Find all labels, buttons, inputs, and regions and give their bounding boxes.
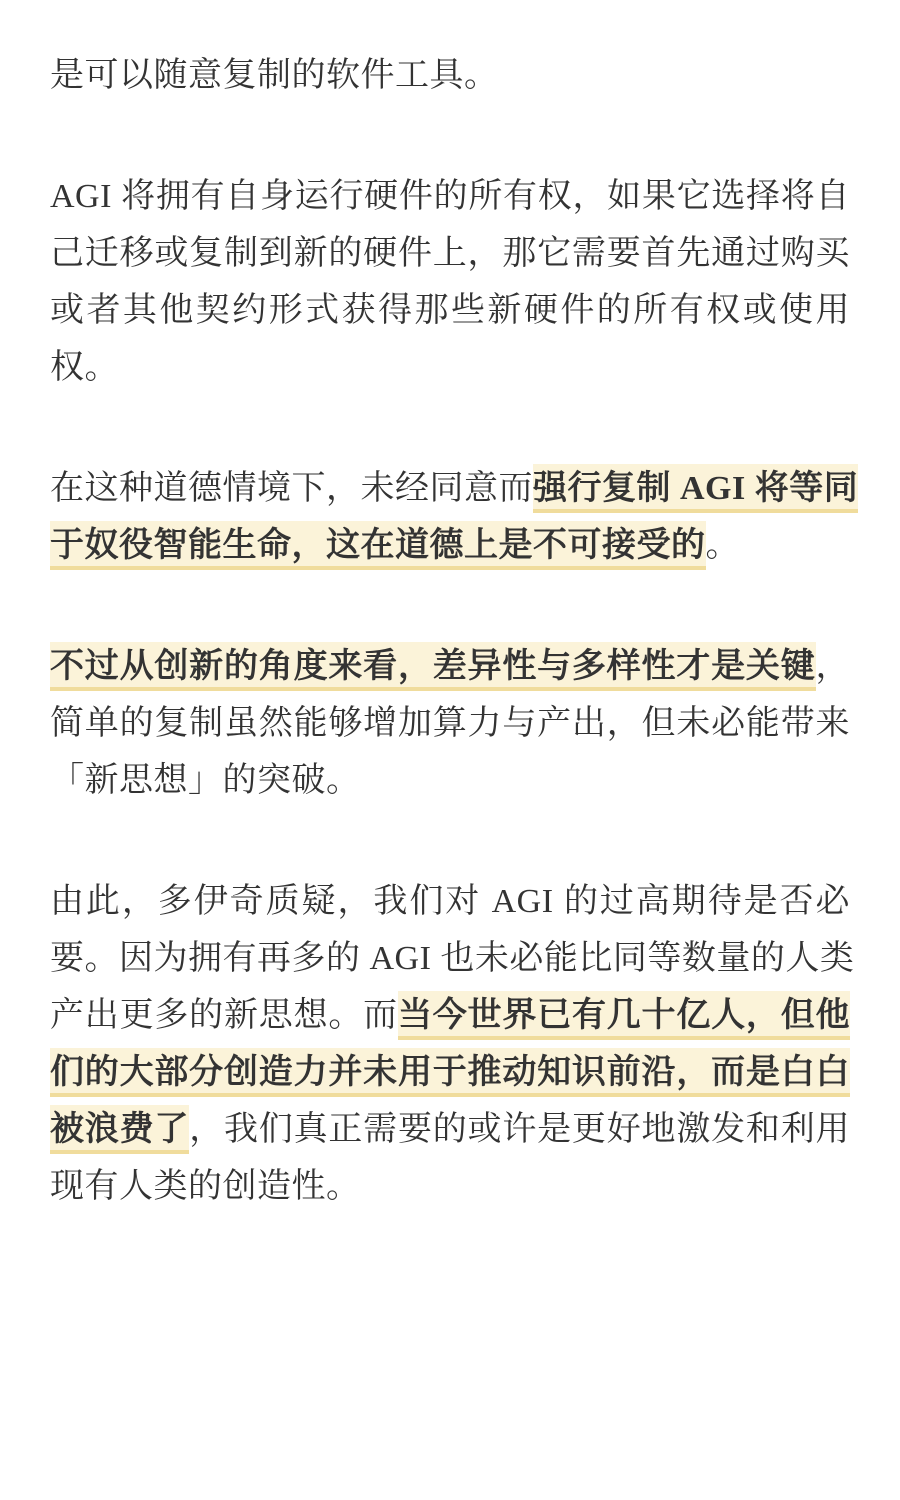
text-line: 简单的复制虽然能够增加算力与产出，但未必能带来 xyxy=(50,695,850,752)
paragraph: 是可以随意复制的软件工具。 xyxy=(50,47,850,104)
plain-text: 己迁移或复制到新的硬件上，那它需要首先通过购买 xyxy=(50,235,850,272)
plain-text: 。 xyxy=(706,527,741,564)
plain-text: 要。因为拥有再多的 AGI 也未必能比同等数量的人类 xyxy=(50,940,854,977)
plain-text: 是可以随意复制的软件工具。 xyxy=(50,57,499,94)
text-line: 现有人类的创造性。 xyxy=(50,1158,850,1215)
highlighted-text: 不过从创新的角度来看，差异性与多样性才是关键 xyxy=(50,642,816,691)
plain-text: 简单的复制虽然能够增加算力与产出，但未必能带来 xyxy=(50,705,850,742)
plain-text: 由此，多伊奇质疑，我们对 AGI 的过高期待是否必 xyxy=(50,883,850,920)
text-line: 由此，多伊奇质疑，我们对 AGI 的过高期待是否必 xyxy=(50,873,850,930)
text-line: 产出更多的新思想。而当今世界已有几十亿人，但他 xyxy=(50,987,850,1044)
highlighted-text: 们的大部分创造力并未用于推动知识前沿，而是白白 xyxy=(50,1048,850,1097)
highlighted-text: 于奴役智能生命，这在道德上是不可接受的 xyxy=(50,521,706,570)
plain-text: 权。 xyxy=(50,349,119,386)
text-line: 不过从创新的角度来看，差异性与多样性才是关键， xyxy=(50,638,850,695)
plain-text: 现有人类的创造性。 xyxy=(50,1168,361,1205)
highlighted-text: 强行复制 AGI 将等同 xyxy=(533,464,858,513)
text-line: 权。 xyxy=(50,339,850,396)
text-line: 或者其他契约形式获得那些新硬件的所有权或使用 xyxy=(50,282,850,339)
highlighted-text: 被浪费了 xyxy=(50,1105,189,1154)
paragraph: AGI 将拥有自身运行硬件的所有权，如果它选择将自己迁移或复制到新的硬件上，那它… xyxy=(50,168,850,396)
plain-text: 或者其他契约形式获得那些新硬件的所有权或使用 xyxy=(50,292,850,329)
text-line: AGI 将拥有自身运行硬件的所有权，如果它选择将自 xyxy=(50,168,850,225)
article-body: 是可以随意复制的软件工具。AGI 将拥有自身运行硬件的所有权，如果它选择将自己迁… xyxy=(0,0,900,1215)
plain-text: 「新思想」的突破。 xyxy=(50,762,361,799)
paragraph: 由此，多伊奇质疑，我们对 AGI 的过高期待是否必要。因为拥有再多的 AGI 也… xyxy=(50,873,850,1215)
text-line: 要。因为拥有再多的 AGI 也未必能比同等数量的人类 xyxy=(50,930,850,987)
text-line: 被浪费了，我们真正需要的或许是更好地激发和利用 xyxy=(50,1101,850,1158)
paragraph: 不过从创新的角度来看，差异性与多样性才是关键，简单的复制虽然能够增加算力与产出，… xyxy=(50,638,850,809)
highlighted-text: 当今世界已有几十亿人，但他 xyxy=(398,991,850,1040)
plain-text: ， xyxy=(816,648,851,685)
text-line: 于奴役智能生命，这在道德上是不可接受的。 xyxy=(50,517,850,574)
text-line: 「新思想」的突破。 xyxy=(50,752,850,809)
text-line: 己迁移或复制到新的硬件上，那它需要首先通过购买 xyxy=(50,225,850,282)
text-line: 在这种道德情境下，未经同意而强行复制 AGI 将等同 xyxy=(50,460,850,517)
plain-text: 在这种道德情境下，未经同意而 xyxy=(50,470,533,507)
text-line: 是可以随意复制的软件工具。 xyxy=(50,47,850,104)
plain-text: 产出更多的新思想。而 xyxy=(50,997,398,1034)
text-line: 们的大部分创造力并未用于推动知识前沿，而是白白 xyxy=(50,1044,850,1101)
paragraph: 在这种道德情境下，未经同意而强行复制 AGI 将等同于奴役智能生命，这在道德上是… xyxy=(50,460,850,574)
plain-text: ，我们真正需要的或许是更好地激发和利用 xyxy=(189,1111,850,1148)
plain-text: AGI 将拥有自身运行硬件的所有权，如果它选择将自 xyxy=(50,178,850,215)
